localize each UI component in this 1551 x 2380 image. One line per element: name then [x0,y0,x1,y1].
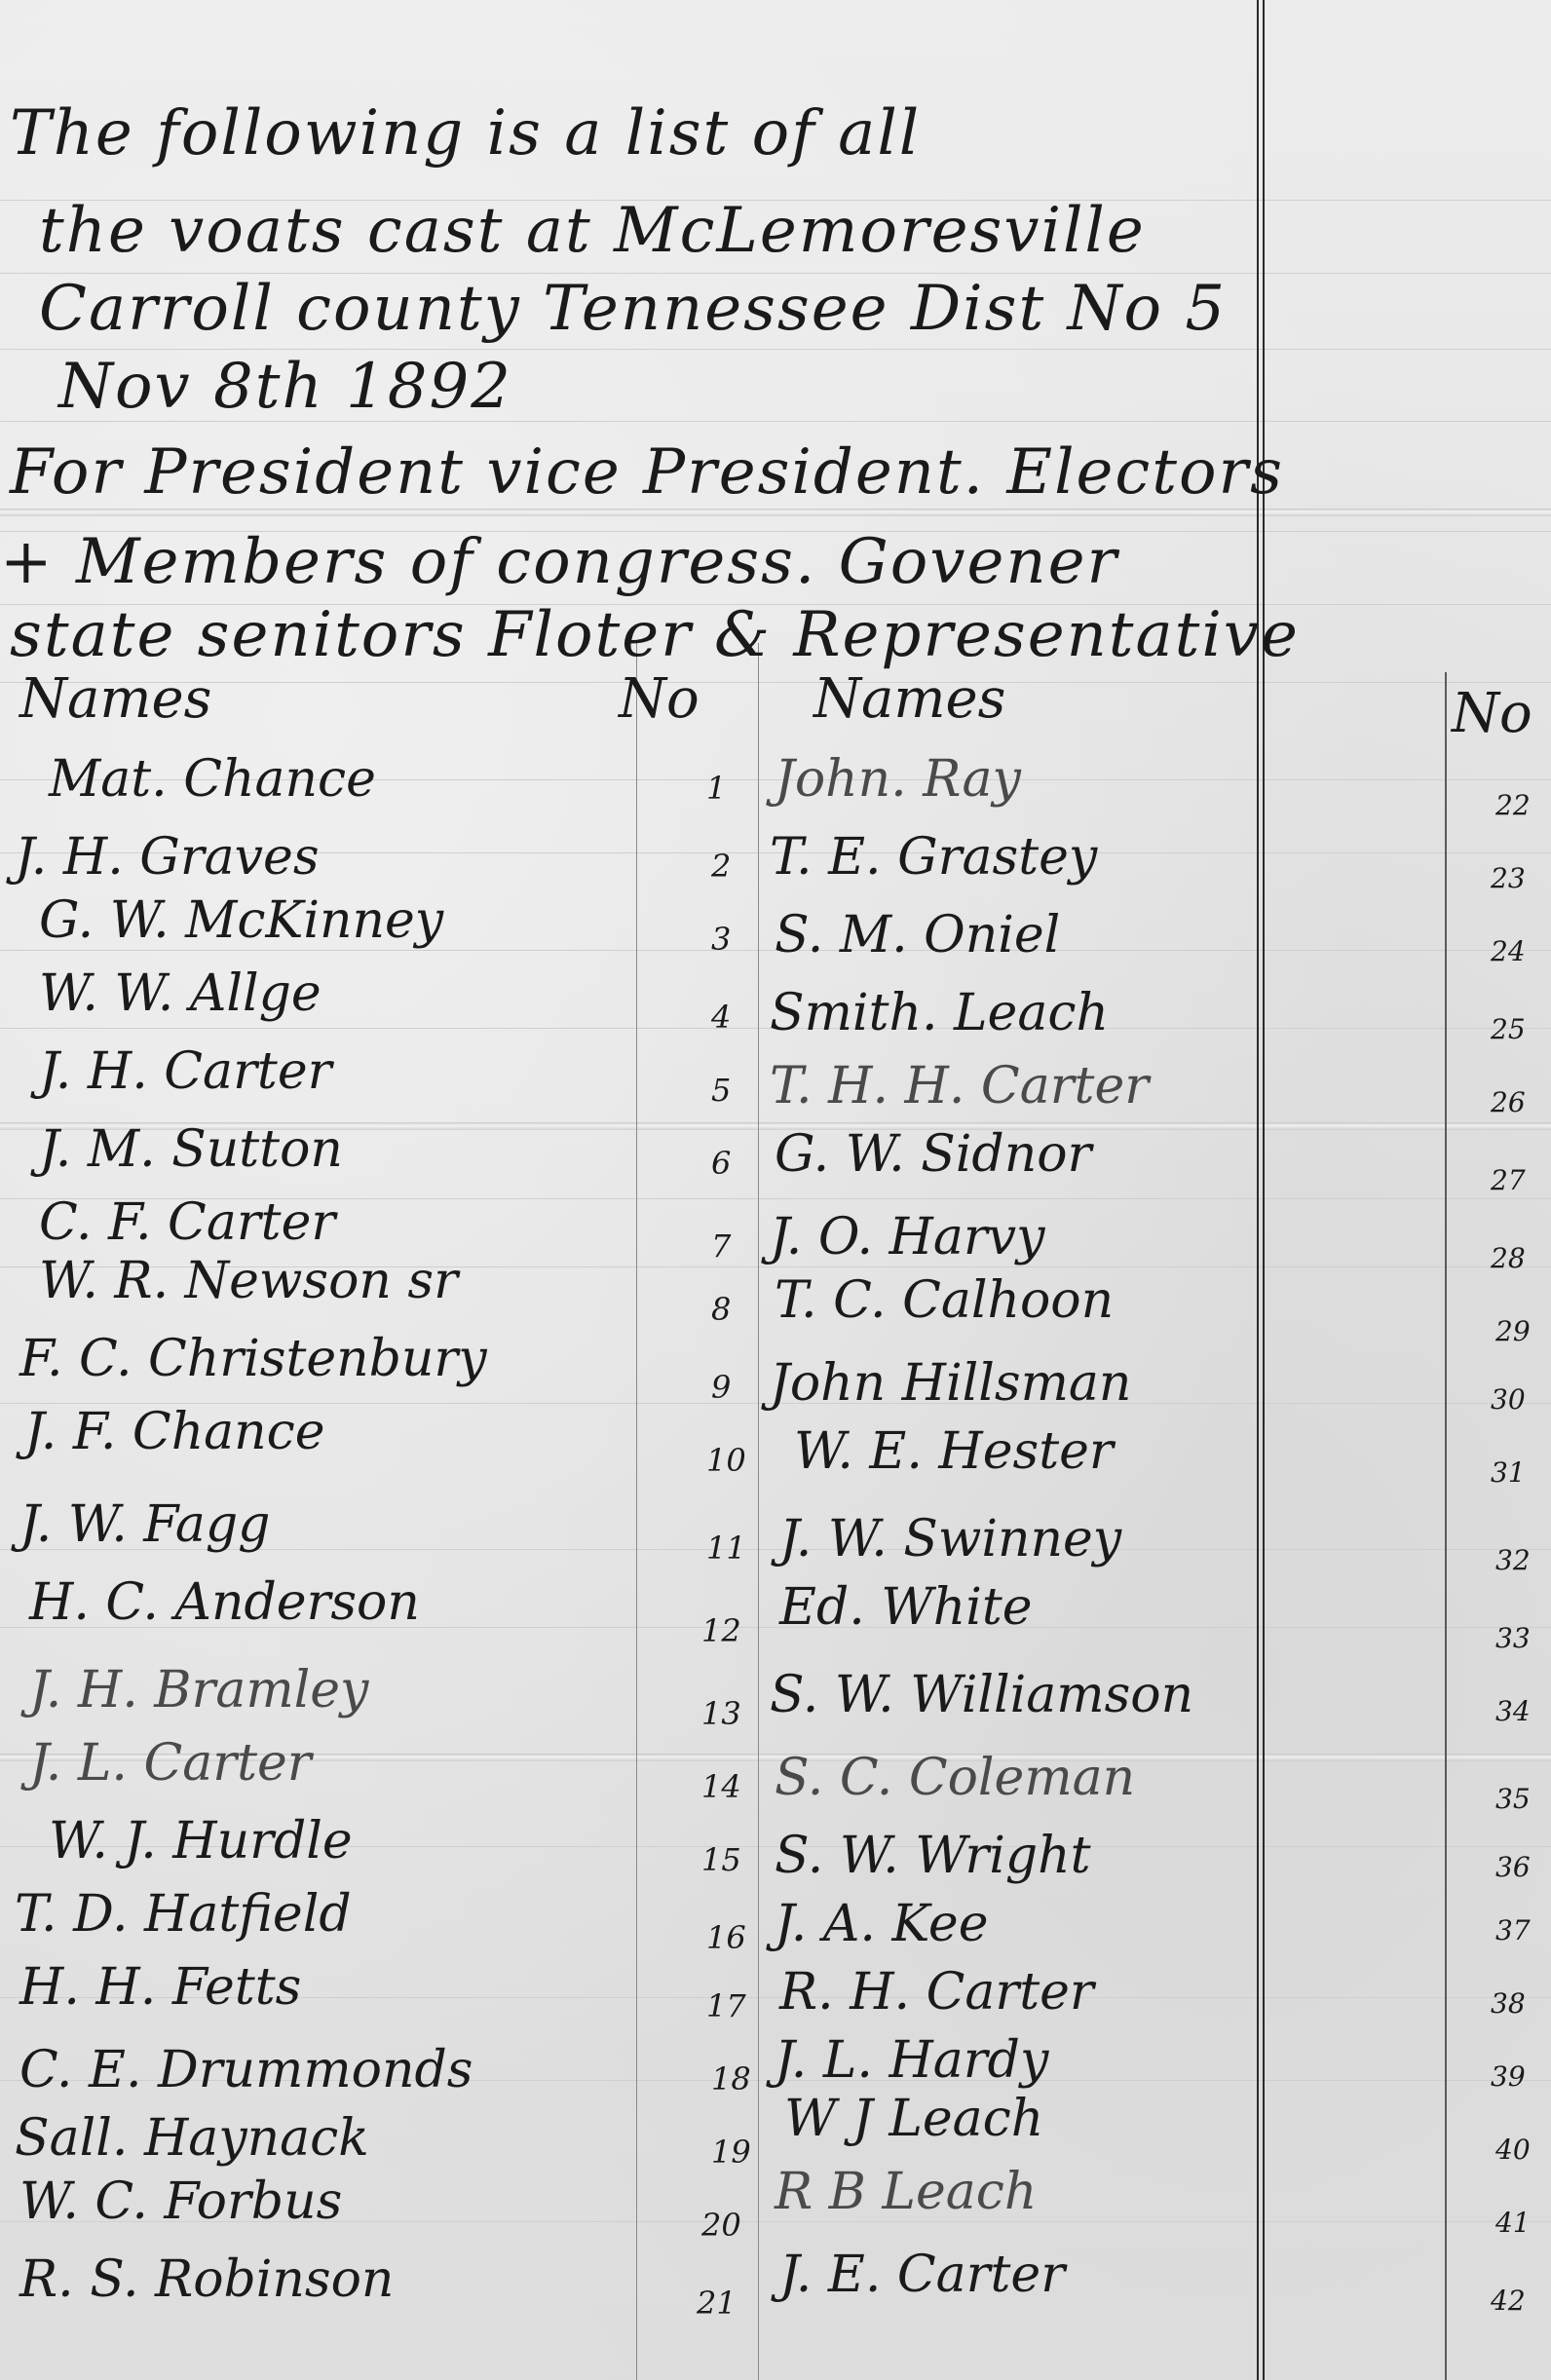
left-entry-no: 8 [711,1291,731,1328]
right-entry-no: 36 [1495,1851,1531,1883]
left-entry-name: W. R. Newson sr [39,1252,458,1310]
left-entry-name: F. C. Christenbury [19,1330,487,1388]
right-entry-no: 25 [1491,1013,1526,1045]
left-entry-name: J. L. Carter [29,1734,312,1793]
left-entry-no: 19 [711,2134,751,2171]
paper-fold [0,509,1551,516]
left-entry-name: W. C. Forbus [19,2172,342,2231]
left-entry-no: 4 [711,999,731,1036]
column-divider-left-names [758,643,759,2380]
right-entry-no: 23 [1491,862,1526,894]
left-entry-name: J. H. Carter [39,1042,331,1101]
left-entry-no: 7 [711,1228,731,1265]
left-entry-no: 12 [701,1612,741,1649]
right-entry-name: John Hillsman [770,1354,1131,1413]
right-entry-no: 27 [1491,1164,1526,1196]
right-entry-name: W. E. Hester [794,1422,1114,1481]
left-entry-name: J. W. Fagg [19,1495,270,1554]
right-entry-name: J. L. Hardy [775,2031,1048,2090]
center-double-rule [1257,0,1265,2380]
left-entry-no: 21 [697,2285,737,2322]
right-entry-no: 31 [1491,1456,1526,1489]
right-entry-no: 29 [1495,1315,1531,1347]
left-names-header: Names [19,667,211,731]
left-entry-name: G. W. McKinney [39,891,443,950]
right-entry-no: 26 [1491,1086,1526,1118]
right-entry-no: 30 [1491,1383,1526,1416]
left-entry-no: 11 [706,1530,746,1567]
left-entry-name: H. C. Anderson [29,1573,420,1632]
left-entry-name: J. M. Sutton [39,1120,343,1179]
heading-line-7: state senitors Floter & Representative [10,599,1300,671]
right-entry-name: Ed. White [779,1578,1033,1637]
right-entry-name: J. W. Swinney [779,1510,1121,1568]
left-entry-no: 1 [706,770,726,807]
left-entry-name: W. J. Hurdle [49,1812,353,1870]
left-entry-name: Sall. Haynack [15,2109,369,2168]
left-entry-no: 10 [706,1442,746,1479]
right-entry-name: W J Leach [784,2090,1043,2148]
right-entry-name: T. C. Calhoon [775,1271,1114,1330]
left-no-header: No [619,667,700,731]
right-entry-name: S. W. Williamson [770,1666,1193,1724]
right-entry-no: 38 [1491,1987,1526,2020]
right-entry-no: 37 [1495,1914,1531,1946]
left-entry-name: W. W. Allge [39,964,322,1023]
right-entry-no: 39 [1491,2060,1526,2093]
left-entry-no: 18 [711,2060,751,2097]
ruled-line [0,682,1551,683]
right-entry-name: J. E. Carter [779,2246,1065,2304]
right-entry-no: 34 [1495,1695,1531,1727]
left-entry-no: 6 [711,1145,731,1182]
right-entry-no: 33 [1495,1622,1531,1654]
left-entry-no: 14 [701,1768,741,1805]
right-entry-no: 35 [1495,1783,1531,1815]
right-entry-name: J. A. Kee [775,1895,988,1953]
right-entry-name: J. O. Harvy [770,1208,1044,1266]
heading-line-3: Carroll county Tennessee Dist No 5 [39,273,1227,345]
right-entry-name: John. Ray [775,750,1021,809]
left-entry-name: R. S. Robinson [19,2250,394,2309]
right-entry-no: 28 [1491,1242,1526,1274]
heading-line-6: + Members of congress. Govener [0,526,1118,598]
right-entry-no: 24 [1491,935,1526,967]
right-entry-no: 41 [1495,2207,1531,2239]
left-entry-name: C. E. Drummonds [19,2041,473,2099]
left-entry-no: 17 [706,1987,746,2024]
ledger-paper: The following is a list of all the voats… [0,0,1551,2380]
right-entry-no: 32 [1495,1544,1531,1576]
heading-line-1: The following is a list of all [10,97,921,170]
right-entry-name: G. W. Sidnor [775,1125,1091,1184]
left-entry-name: Mat. Chance [49,750,376,809]
left-entry-name: H. H. Fetts [19,1958,301,2017]
left-entry-no: 3 [711,921,731,958]
right-entry-name: S. W. Wright [775,1827,1091,1885]
right-entry-no: 22 [1495,789,1531,821]
left-entry-no: 13 [701,1695,741,1732]
heading-line-4: Nov 8th 1892 [58,351,512,423]
column-divider-left-no [636,643,637,2380]
right-entry-name: R. H. Carter [779,1963,1094,2021]
heading-line-2: the voats cast at McLemoresville [39,195,1146,267]
left-entry-no: 5 [711,1072,731,1109]
right-entry-no: 40 [1495,2134,1531,2166]
right-entry-name: Smith. Leach [770,984,1109,1042]
left-entry-name: T. D. Hatfield [15,1885,352,1944]
ruled-line [0,349,1551,350]
left-entry-name: C. F. Carter [39,1193,335,1252]
left-entry-name: J. H. Bramley [29,1661,368,1719]
column-divider-right-no [1445,672,1447,2380]
left-entry-no: 20 [701,2207,741,2244]
right-entry-name: S. M. Oniel [775,906,1060,964]
right-entry-name: T. E. Grastey [770,828,1097,887]
right-no-header: No [1452,682,1532,745]
left-entry-no: 15 [701,1841,741,1878]
heading-line-5: For President vice President. Electors [10,436,1284,509]
left-entry-name: J. H. Graves [15,828,320,887]
left-entry-no: 16 [706,1919,746,1956]
right-entry-no: 42 [1491,2285,1526,2317]
right-entry-name: S. C. Coleman [775,1749,1135,1807]
right-entry-name: R B Leach [775,2163,1037,2221]
right-entry-name: T. H. H. Carter [770,1057,1149,1115]
left-entry-name: J. F. Chance [24,1403,325,1461]
left-entry-no: 2 [711,848,731,885]
right-names-header: Names [813,667,1005,731]
left-entry-no: 9 [711,1369,731,1406]
